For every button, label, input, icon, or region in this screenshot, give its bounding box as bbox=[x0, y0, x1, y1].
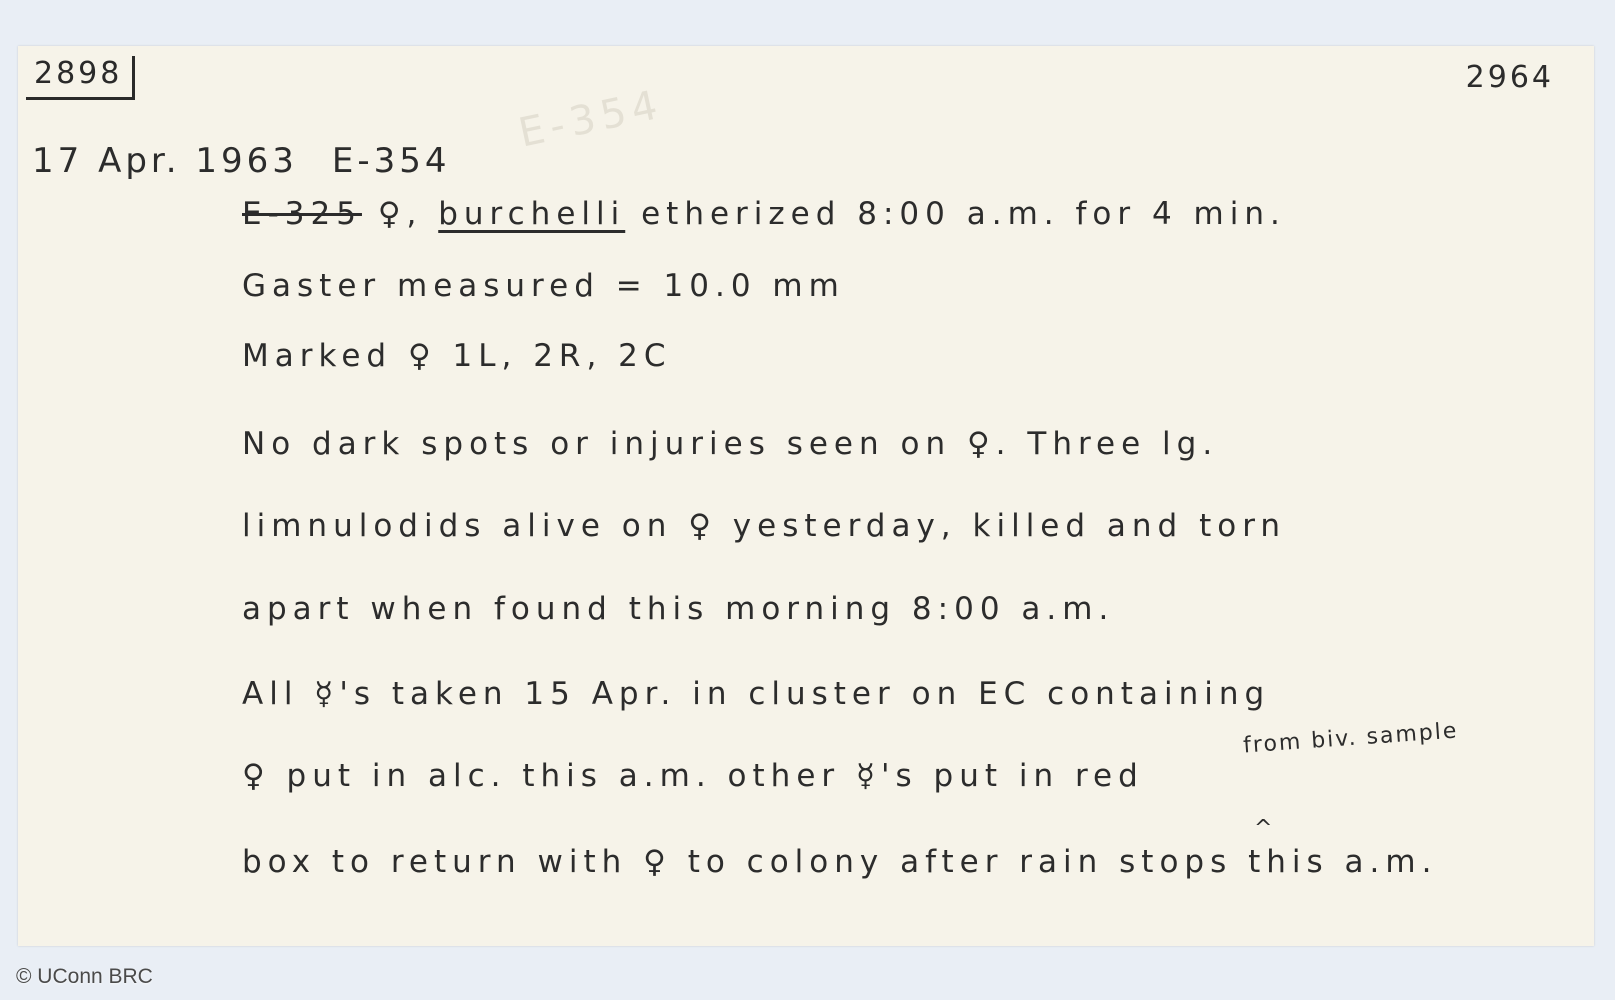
field-note-card: E-354 2898 2964 17 Apr. 1963E-354 E-325 … bbox=[18, 46, 1594, 946]
colony-id: E-354 bbox=[332, 141, 451, 181]
catalog-number: 2898 bbox=[26, 56, 135, 100]
queen-symbol-text: ♀, bbox=[378, 196, 438, 232]
note-line-6: apart when found this morning 8:00 a.m. bbox=[242, 591, 1114, 627]
bleed-through-text: E-354 bbox=[515, 81, 667, 156]
struck-colony-id: E-325 bbox=[242, 196, 362, 232]
note-line-7: All ☿'s taken 15 Apr. in cluster on EC c… bbox=[242, 676, 1270, 712]
note-line-2: Gaster measured = 10.0 mm bbox=[242, 268, 845, 304]
date-heading: 17 Apr. 1963E-354 bbox=[32, 141, 451, 181]
corner-number: 2964 bbox=[1466, 60, 1554, 95]
note-line-4: No dark spots or injuries seen on ♀. Thr… bbox=[242, 426, 1218, 462]
note-line-8: ♀ put in alc. this a.m. other ☿'s put in… bbox=[242, 758, 1144, 794]
copyright-credit: © UConn BRC bbox=[16, 965, 153, 989]
date: 17 Apr. 1963 bbox=[32, 141, 298, 181]
note-line-1: E-325 ♀, burchelli etherized 8:00 a.m. f… bbox=[242, 196, 1286, 232]
insertion-caret: ^ bbox=[1254, 816, 1272, 841]
note-line-9: box to return with ♀ to colony after rai… bbox=[242, 844, 1437, 880]
insertion-note: from biv. sample bbox=[1242, 719, 1459, 759]
etherized-text: etherized 8:00 a.m. for 4 min. bbox=[625, 196, 1286, 232]
note-line-5: limnulodids alive on ♀ yesterday, killed… bbox=[242, 508, 1286, 544]
note-line-3: Marked ♀ 1L, 2R, 2C bbox=[242, 338, 672, 374]
species-name: burchelli bbox=[438, 196, 625, 232]
